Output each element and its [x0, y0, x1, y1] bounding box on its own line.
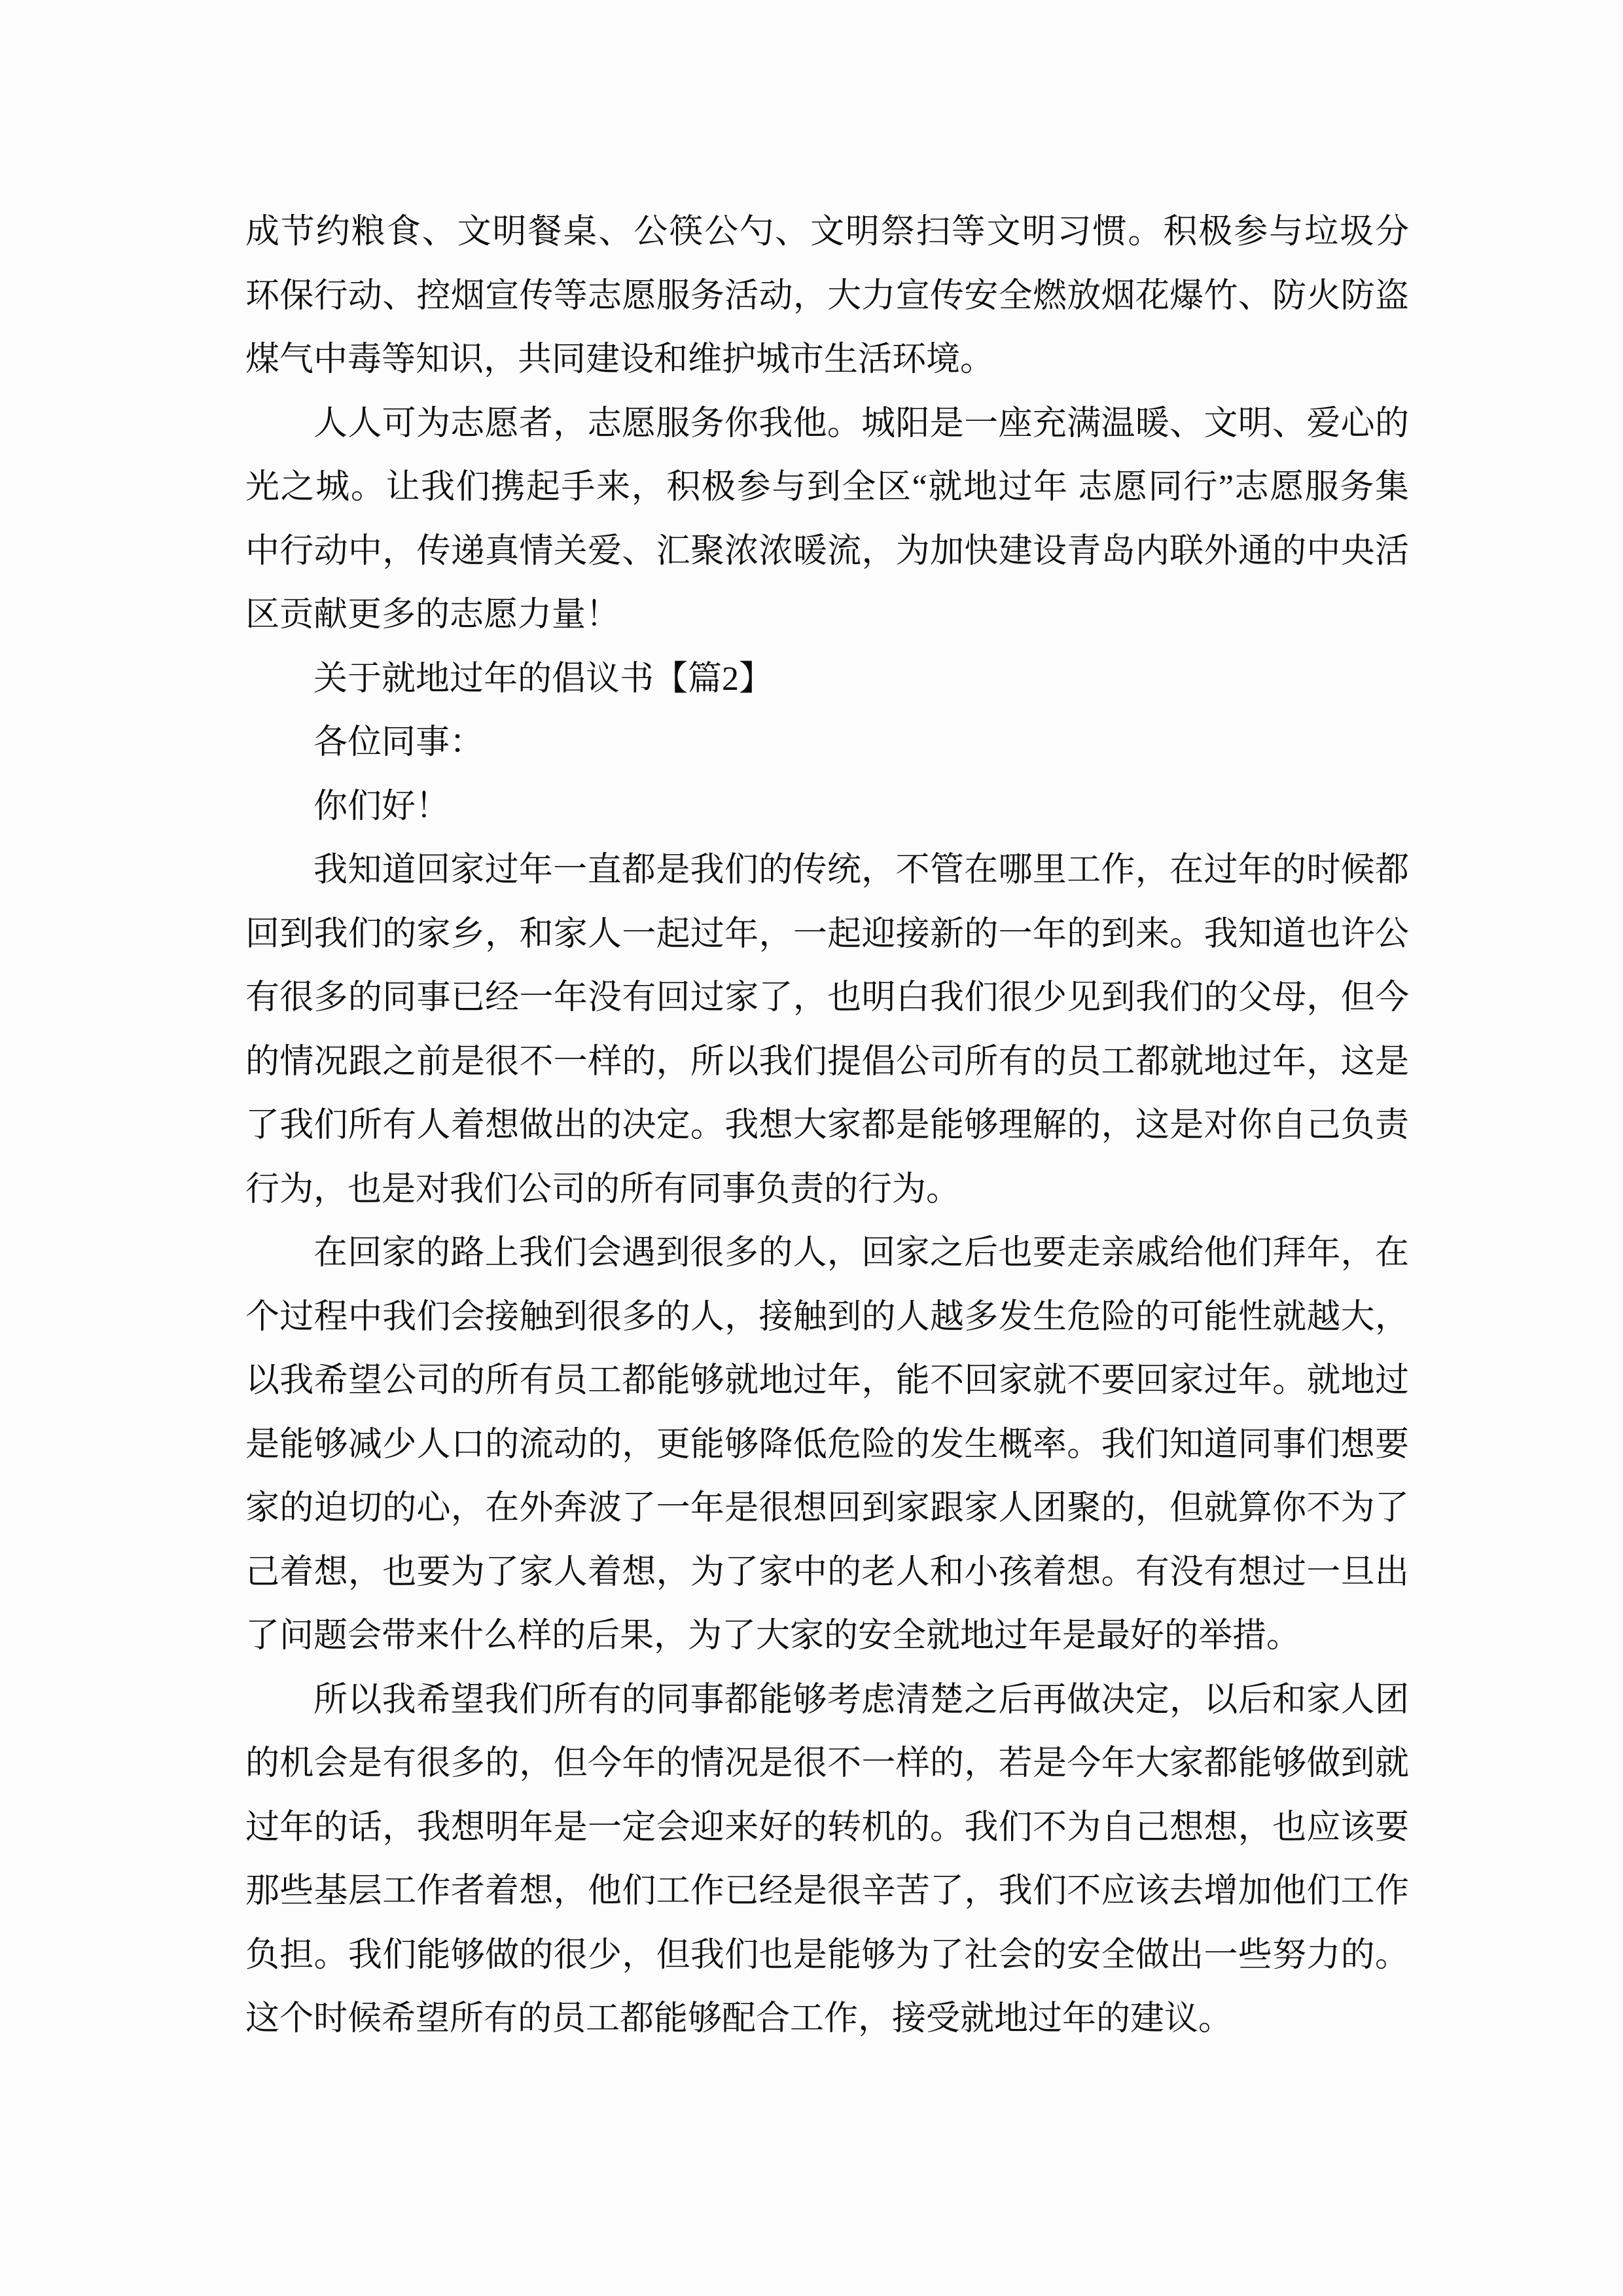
text-line: 关于就地过年的倡议书【篇2】: [245, 647, 1409, 711]
text-line: 负担。我们能够做的很少，但我们也是能够为了社会的安全做出一些努力的。在: [245, 1924, 1409, 1988]
text-line: 过年的话，我想明年是一定会迎来好的转机的。我们不为自己想想，也应该要为: [245, 1796, 1409, 1860]
text-line: 个过程中我们会接触到很多的人，接触到的人越多发生危险的可能性就越大，所: [245, 1285, 1409, 1350]
text-line: 所以我希望我们所有的同事都能够考虑清楚之后再做决定，以后和家人团聚: [245, 1668, 1409, 1732]
text-line: 我知道回家过年一直都是我们的传统，不管在哪里工作，在过年的时候都会: [245, 838, 1409, 903]
text-line: 各位同事：: [245, 711, 1409, 775]
text-line: 中行动中，传递真情关爱、汇聚浓浓暖流，为加快建设青岛内联外通的中央活力: [245, 520, 1409, 584]
text-line: 了我们所有人着想做出的决定。我想大家都是能够理解的，这是对你自己负责的: [245, 1094, 1409, 1158]
text-line: 家的迫切的心，在外奔波了一年是很想回到家跟家人团聚的，但就算你不为了自: [245, 1477, 1409, 1541]
text-line: 你们好！: [245, 775, 1409, 839]
text-line: 那些基层工作者着想，他们工作已经是很辛苦了，我们不应该去增加他们工作的: [245, 1859, 1409, 1924]
text-line: 行为，也是对我们公司的所有同事负责的行为。: [245, 1158, 1409, 1222]
text-line: 光之城。让我们携起手来，积极参与到全区“就地过年 志愿同行”志愿服务集: [245, 456, 1409, 520]
text-line: 是能够减少人口的流动的，更能够降低危险的发生概率。我们知道同事们想要回: [245, 1413, 1409, 1477]
text-line: 己着想，也要为了家人着想，为了家中的老人和小孩着想。有没有想过一旦出现: [245, 1541, 1409, 1605]
text-line: 环保行动、控烟宣传等志愿服务活动，大力宣传安全燃放烟花爆竹、防火防盗防: [245, 264, 1409, 329]
text-line: 煤气中毒等知识，共同建设和维护城市生活环境。: [245, 328, 1409, 392]
text-line: 这个时候希望所有的员工都能够配合工作，接受就地过年的建议。: [245, 1987, 1409, 2051]
text-line: 成节约粮食、文明餐桌、公筷公勺、文明祭扫等文明习惯。积极参与垃圾分类、: [245, 200, 1409, 264]
document-page: 成节约粮食、文明餐桌、公筷公勺、文明祭扫等文明习惯。积极参与垃圾分类、环保行动、…: [0, 0, 1623, 2296]
text-line: 了问题会带来什么样的后果，为了大家的安全就地过年是最好的举措。: [245, 1604, 1409, 1668]
text-line: 有很多的同事已经一年没有回过家了，也明白我们很少见到我们的父母，但今年: [245, 966, 1409, 1030]
text-line: 以我希望公司的所有员工都能够就地过年，能不回家就不要回家过年。就地过年: [245, 1349, 1409, 1413]
text-line: 回到我们的家乡，和家人一起过年，一起迎接新的一年的到来。我知道也许公司: [245, 903, 1409, 967]
text-line: 的机会是有很多的，但今年的情况是很不一样的，若是今年大家都能够做到就地: [245, 1732, 1409, 1796]
text-line: 在回家的路上我们会遇到很多的人，回家之后也要走亲戚给他们拜年，在这: [245, 1221, 1409, 1285]
text-line: 人人可为志愿者，志愿服务你我他。城阳是一座充满温暖、文明、爱心的阳: [245, 392, 1409, 456]
text-block: 成节约粮食、文明餐桌、公筷公勺、文明祭扫等文明习惯。积极参与垃圾分类、环保行动、…: [245, 200, 1409, 2051]
text-line: 的情况跟之前是很不一样的，所以我们提倡公司所有的员工都就地过年，这是为: [245, 1030, 1409, 1094]
text-line: 区贡献更多的志愿力量！: [245, 583, 1409, 647]
